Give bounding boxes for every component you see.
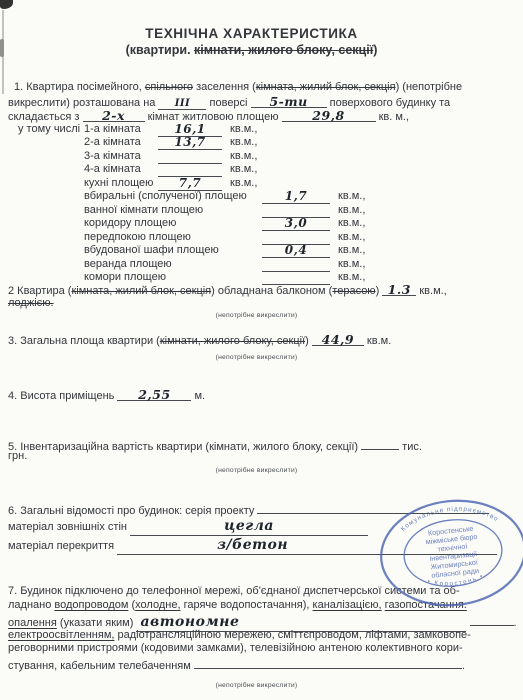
room-unit: кв.м., (230, 136, 257, 149)
room-row: кухні площею7,7кв.м., (0, 177, 523, 190)
subtitle-struck: кімнати, жилого блоку, секції (194, 43, 373, 57)
room-row: вбудованої шафи площею0,4кв.м., (0, 244, 523, 257)
room-row: 3-а кімнатакв.м., (0, 150, 523, 163)
wall-material-value: цегла (224, 518, 274, 534)
p2-line1: 2 Квартира (кімната, жилий блок, секція)… (8, 283, 447, 298)
inventory-value-field (361, 437, 399, 450)
p4-line: 4. Висота приміщень 2,55 м. (8, 388, 205, 403)
room-label: ванної кімнати площею (84, 204, 203, 217)
p7-line6: стування, кабельним телебаченням . (8, 656, 465, 673)
floor-value: ІІІ (175, 98, 191, 109)
room-unit: кв.м., (338, 231, 365, 244)
p7-underlined: водопроводом (54, 599, 128, 611)
p3-text: 3. Загальна площа квартири ( (8, 335, 160, 347)
room-row: 2-а кімната13,7кв.м., (0, 136, 523, 149)
room-area-value: 3,0 (262, 217, 330, 231)
room-unit: кв.м., (338, 217, 365, 230)
room-label: вбиральні (сполученої) площею (84, 190, 247, 203)
heating-type-value: автономне (140, 614, 239, 630)
wall-material-field: цегла (130, 520, 368, 536)
room-unit: кв.м., (338, 258, 365, 271)
ceiling-material-value: з/бетон (217, 537, 288, 553)
room-label: 1-а кімната (84, 123, 141, 136)
note-cross-out: (непотрібне викреслити) (0, 351, 513, 364)
p1-struck: кімната, жилий блок, секція (256, 81, 396, 93)
p7-text: гаряче водопостачання), (181, 599, 313, 611)
room-row: у тому числі1-а кімната16,1кв.м., (0, 123, 523, 136)
document-title: ТЕХНІЧНА ХАРАКТЕРИСТИКА (0, 27, 503, 40)
room-label: комори площею (84, 271, 166, 284)
room-area-value: 1,7 (262, 190, 330, 204)
note-cross-out: (непотрібне викреслити) (0, 309, 513, 322)
height-field: 2,55 (117, 388, 191, 401)
p7-underlined: електроосвітленням, (8, 629, 114, 641)
document-subtitle: (квартири. кімнати, жилого блоку, секції… (0, 44, 503, 57)
bti-round-stamp: Комунальне підприємство • Коростень • Ко… (368, 496, 523, 614)
note-cross-out: (непотрібне викреслити) (0, 464, 513, 477)
living-area-field: 29,8 (282, 109, 376, 122)
room-label: 2-а кімната (84, 136, 141, 149)
stamp-center-text: Коростенське міжміське бюро технічної ін… (424, 523, 481, 580)
room-unit: кв.м., (338, 204, 365, 217)
p1-text: викреслити) розташована на (8, 97, 158, 109)
room-row: 4-а кімнатакв.м., (0, 163, 523, 176)
p1-text: ) (непотрібне (396, 81, 463, 93)
balcony-area-field: 1.3 (382, 283, 416, 296)
p6-line2: матеріал зовнішніх стін цегла (8, 520, 368, 536)
room-unit: кв.м., (230, 163, 257, 176)
room-unit: кв.м., (230, 177, 257, 190)
total-area-value: 44,9 (322, 332, 354, 347)
room-label: передпокою площею (84, 231, 191, 244)
room-unit: кв.м., (338, 190, 365, 203)
p3-line: 3. Загальна площа квартири (кімнати, жил… (8, 333, 391, 348)
total-area-field: 44,9 (312, 333, 364, 346)
room-area-value: 13,7 (158, 136, 222, 150)
room-unit: кв.м., (230, 123, 257, 136)
room-label: 3-а кімната (84, 150, 141, 163)
p6-text: 6. Загальні відомості про будинок: серія… (8, 505, 257, 517)
subtitle-suffix: ) (373, 43, 377, 57)
room-label: коридору площею (84, 217, 176, 230)
note-cross-out: (непотрібне викреслити) (0, 679, 513, 692)
p7-text: радіотрансляційною мережею, сміттєпровод… (114, 629, 470, 641)
p5-text: 5. Інвентаризаційна вартість квартири (к… (8, 441, 361, 453)
room-row: комори площеюкв.м., (0, 271, 523, 284)
room-row: ванної кімнати площеюкв.м., (0, 204, 523, 217)
p1-struck: спільного (145, 81, 193, 93)
p7-text: стування, кабельним телебаченням (8, 660, 194, 672)
p6-text: матеріал перекриття (8, 540, 117, 552)
rooms-count-value: 2-х (102, 108, 125, 123)
p3-text: кв.м. (364, 335, 391, 347)
p6-text: матеріал зовнішніх стін (8, 521, 130, 533)
p2-text: 2 Квартира ( (8, 285, 71, 297)
p1-text: 1. Квартира посімейного, (14, 81, 145, 93)
p7-line4: електроосвітленням, радіотрансляційною м… (8, 629, 471, 642)
room-row: веранда площеюкв.м., (0, 258, 523, 271)
p7-text: . (462, 660, 465, 672)
p1-text: кв. м., (376, 111, 410, 123)
room-area-value: 0,4 (262, 244, 330, 258)
p7-underlined: опалення (8, 617, 57, 629)
p4-text: 4. Висота приміщень (8, 390, 117, 402)
rooms-count-field: 2-х (83, 109, 145, 122)
scan-corner-artifact (0, 0, 13, 9)
p4-text: м. (191, 390, 205, 402)
p1-text: кімнат житловою площею (145, 111, 282, 123)
p2-struck: терасою (332, 285, 375, 297)
p3-text: ) (305, 335, 312, 347)
balcony-area-value: 1.3 (388, 282, 411, 297)
room-unit: кв.м., (230, 150, 257, 163)
p2-text: ) обладнана балконом ( (211, 285, 332, 297)
subtitle-prefix: (квартири. (126, 43, 194, 57)
room-label: кухні площею (84, 177, 153, 190)
p1-line1: 1. Квартира посімейного, спільного засел… (14, 81, 462, 94)
p7-text: ладнано (8, 599, 54, 611)
room-label: веранда площею (84, 258, 172, 271)
room-area-value (158, 150, 222, 164)
p2-struck: кімната, жилий блок, секція (71, 285, 211, 297)
living-area-value: 29,8 (312, 108, 344, 123)
scanned-form-page: ТЕХНІЧНА ХАРАКТЕРИСТИКА (квартири. кімна… (0, 0, 523, 700)
room-label: 4-а кімната (84, 163, 141, 176)
rows-prefix: у тому числі (18, 123, 80, 136)
p1-text: поверсі (206, 97, 250, 109)
room-rows: у тому числі1-а кімната16,1кв.м.,2-а кім… (0, 123, 523, 288)
p7-underlined: холодне, (135, 599, 180, 611)
room-unit: кв.м., (338, 271, 365, 284)
room-label: вбудованої шафи площею (84, 244, 219, 257)
p5-line1: 5. Інвентаризаційна вартість квартири (к… (8, 437, 422, 454)
room-unit: кв.м., (338, 244, 365, 257)
p1-text: складається з (8, 111, 83, 123)
room-row: вбиральні (сполученої) площею1,7кв.м., (0, 190, 523, 203)
heating-extra-field (470, 613, 514, 626)
p2-text: ) (376, 285, 383, 297)
p5-line2: грн. (8, 450, 27, 463)
p5-text: тис. (399, 441, 422, 453)
p7-text: (указати яким) (57, 617, 137, 629)
storeys-field: 5-ти (251, 95, 327, 108)
cable-tv-field (194, 656, 462, 669)
p3-struck: кімнати, жилого блоку, секції (160, 335, 305, 347)
p1-line2: викреслити) розташована на ІІІ поверсі 5… (8, 95, 450, 110)
storeys-value: 5-ти (269, 94, 307, 109)
p1-text: поверхового будинку та (327, 97, 451, 109)
height-value: 2,55 (138, 387, 170, 402)
room-row: коридору площею3,0кв.м., (0, 217, 523, 230)
room-area-value (262, 258, 330, 272)
p2-text: кв.м., (416, 285, 446, 297)
p7-line5: реговорними пристроями (кодовими замками… (8, 642, 463, 655)
p1-text: заселення ( (193, 81, 256, 93)
room-row: передпокою площеюкв.м., (0, 231, 523, 244)
room-area-value: 7,7 (158, 177, 222, 191)
p1-line3: складається з 2-х кімнат житловою площею… (8, 109, 409, 124)
p7-text: . (514, 617, 517, 629)
